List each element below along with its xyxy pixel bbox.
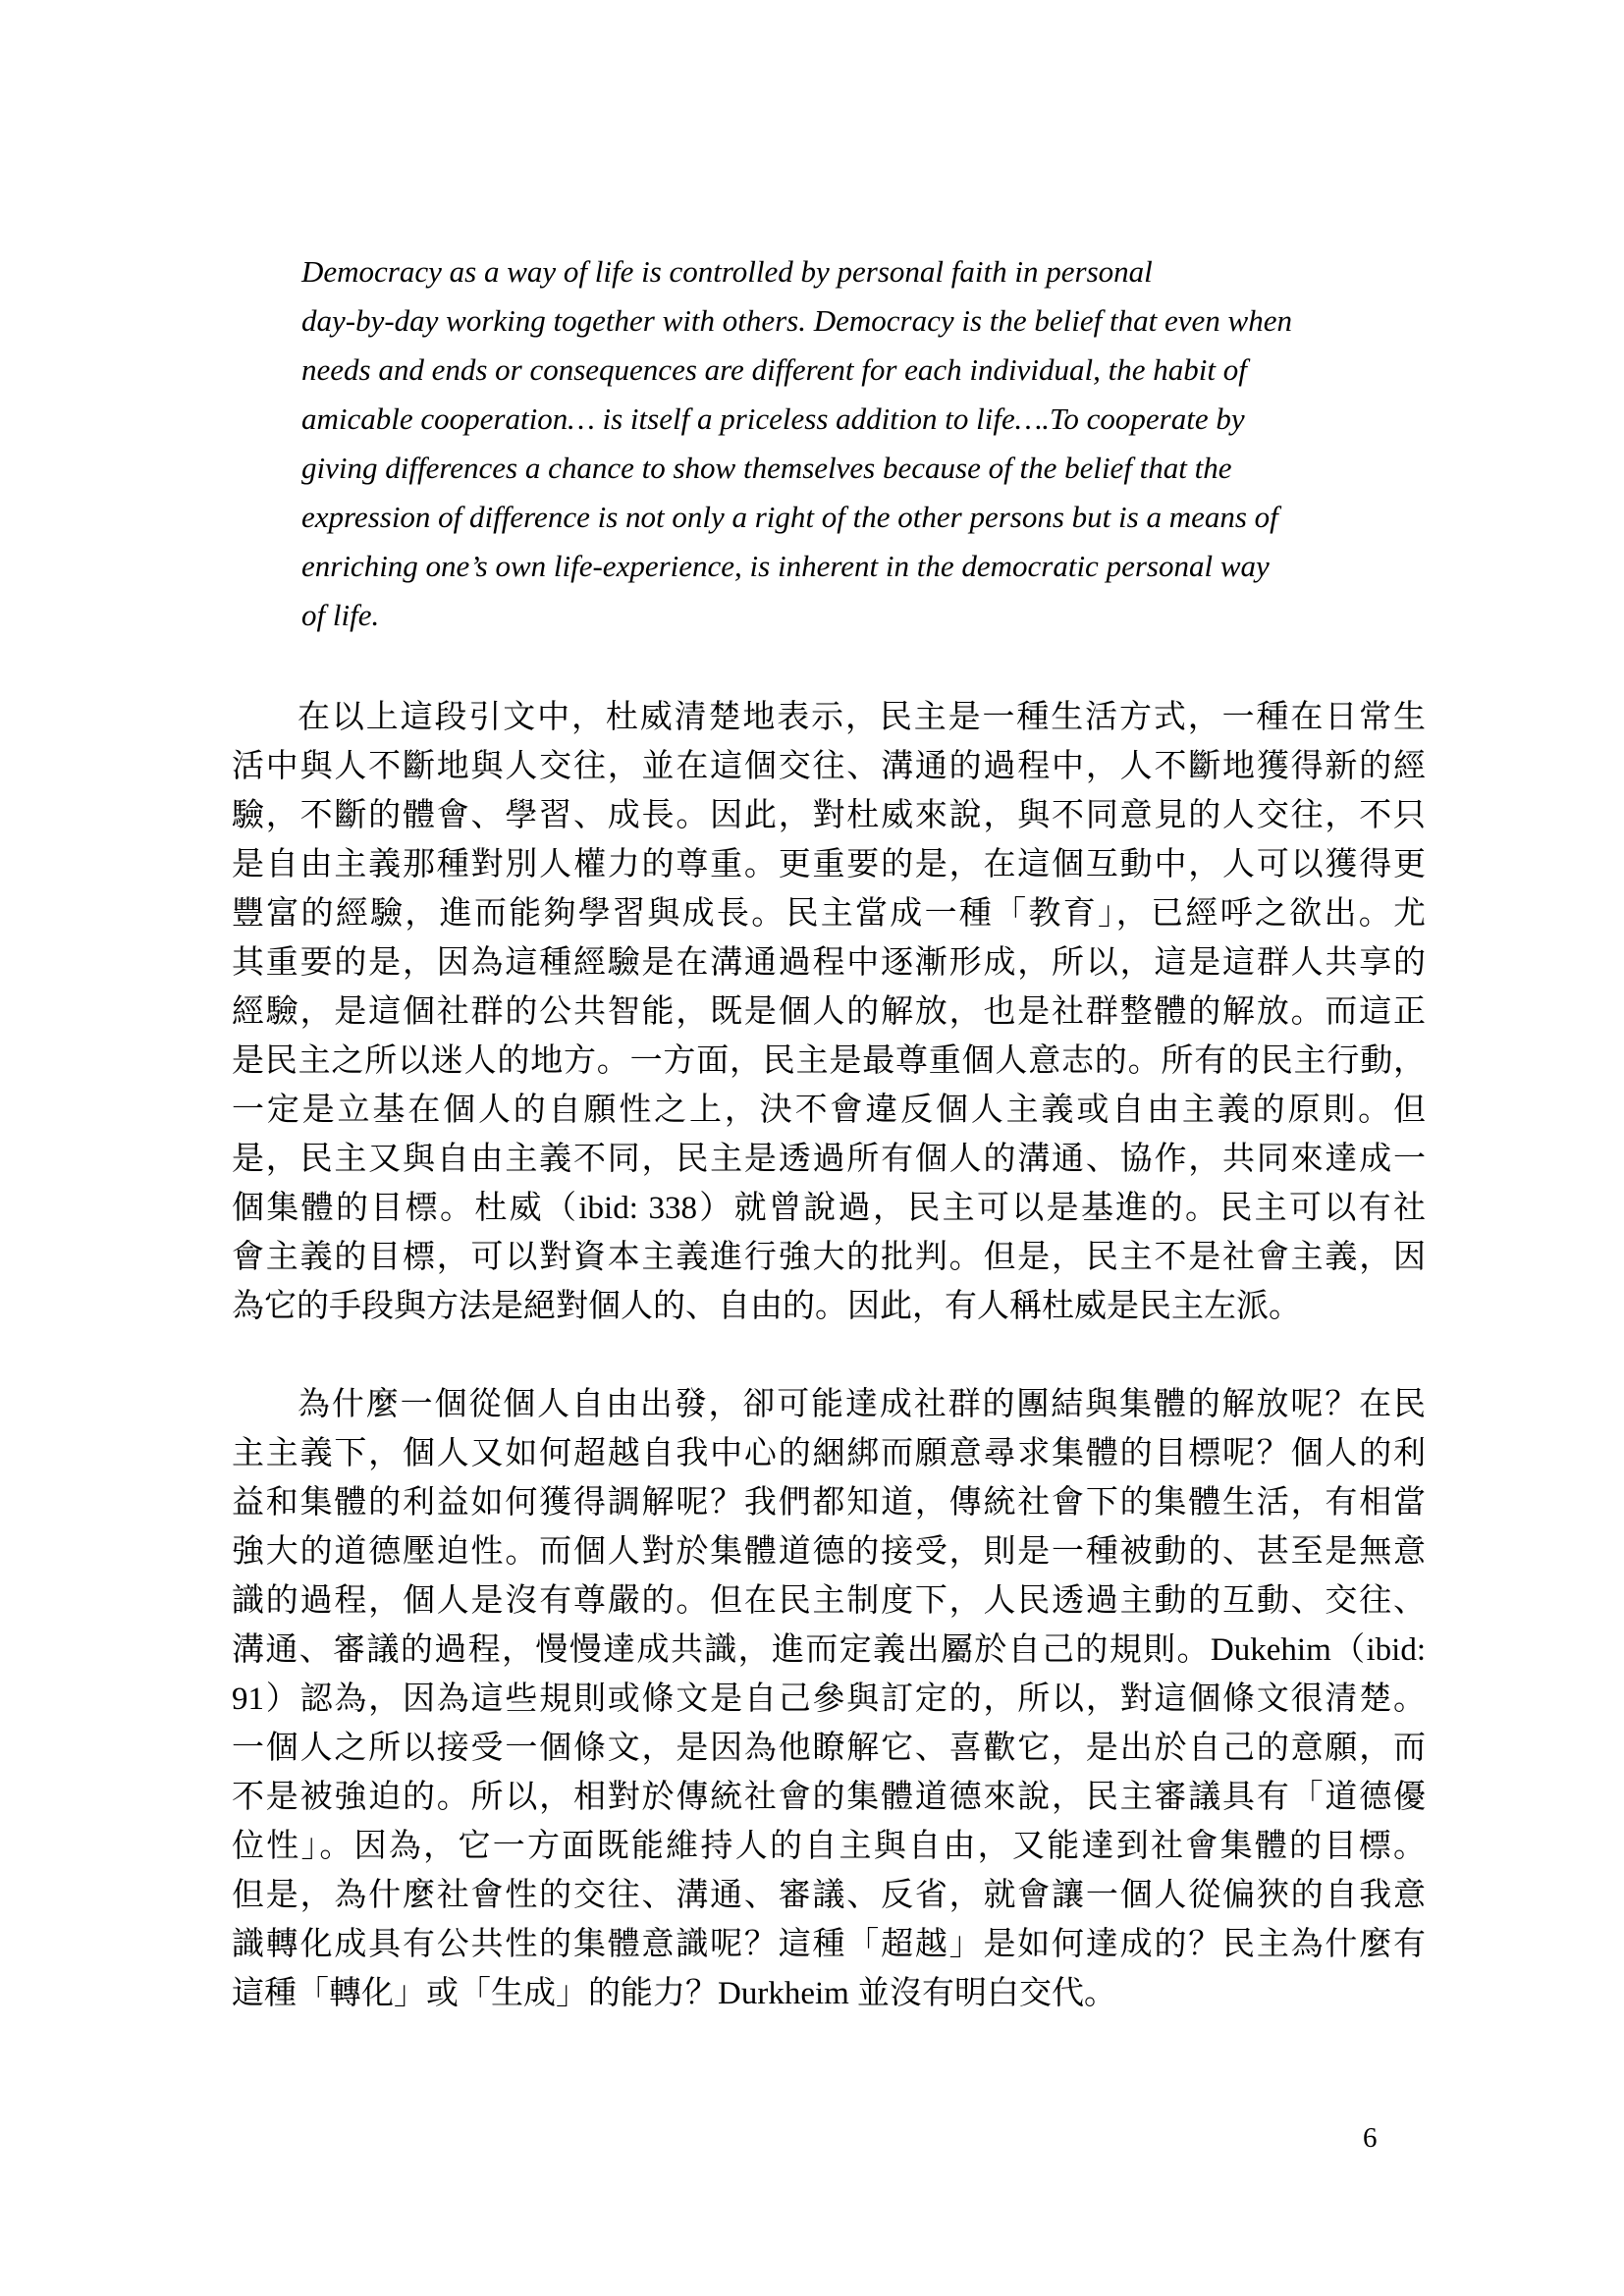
text-line: 是，民主又與自由主義不同，民主是透過所有個人的溝通、協作，共同來達成一 — [232, 1135, 1426, 1184]
text-line: 一個人之所以接受一個條文，是因為他瞭解它、喜歡它，是出於自己的意願，而 — [232, 1724, 1426, 1773]
text-line: 不是被強迫的。所以，相對於傳統社會的集體道德來說，民主審議具有「道德優 — [232, 1773, 1426, 1822]
text-line: 為它的手段與方法是絕對個人的、自由的。因此，有人稱杜威是民主左派。 — [232, 1282, 1426, 1331]
text-line: 識的過程，個人是沒有尊嚴的。但在民主制度下，人民透過主動的互動、交往、 — [232, 1576, 1426, 1626]
text-line: 這種「轉化」或「生成」的能力？Durkheim 並沒有明白交代。 — [232, 1969, 1426, 2018]
text-line: 是民主之所以迷人的地方。一方面，民主是最尊重個人意志的。所有的民主行動， — [232, 1037, 1426, 1086]
text-line: 豐富的經驗，進而能夠學習與成長。民主當成一種「教育」，已經呼之欲出。尤 — [232, 889, 1426, 938]
quote-line: amicable cooperation… is itself a pricel… — [301, 395, 1411, 444]
text-line: 會主義的目標，可以對資本主義進行強大的批判。但是，民主不是社會主義，因 — [232, 1233, 1426, 1282]
quote-line: expression of difference is not only a r… — [301, 493, 1411, 542]
page-number: 6 — [1363, 2120, 1378, 2156]
quote-line: day-by-day working together with others.… — [301, 296, 1411, 346]
text-line: 其重要的是，因為這種經驗是在溝通過程中逐漸形成，所以，這是這群人共享的 — [232, 938, 1426, 988]
quote-line: enriching one’s own life-experience, is … — [301, 542, 1411, 591]
text-line: 強大的道德壓迫性。而個人對於集體道德的接受，則是一種被動的、甚至是無意 — [232, 1527, 1426, 1576]
chinese-paragraph-2: 為什麼一個從個人自由出發，卻可能達成社群的團結與集體的解放呢？在民 主主義下，個… — [232, 1380, 1426, 2018]
document-page: Democracy as a way of life is controlled… — [0, 0, 1624, 2296]
text-line: 溝通、審議的過程，慢慢達成共識，進而定義出屬於自己的規則。Dukehim（ibi… — [232, 1626, 1426, 1675]
text-line: 識轉化成具有公共性的集體意識呢？這種「超越」是如何達成的？民主為什麼有 — [232, 1920, 1426, 1969]
text-line: 驗，不斷的體會、學習、成長。因此，對杜威來說，與不同意見的人交往，不只 — [232, 791, 1426, 840]
text-line: 為什麼一個從個人自由出發，卻可能達成社群的團結與集體的解放呢？在民 — [232, 1380, 1426, 1429]
quote-line: giving differences a chance to show them… — [301, 444, 1411, 493]
chinese-paragraph-1: 在以上這段引文中，杜威清楚地表示，民主是一種生活方式，一種在日常生 活中與人不斷… — [232, 693, 1426, 1331]
text-line: 活中與人不斷地與人交往，並在這個交往、溝通的過程中，人不斷地獲得新的經 — [232, 742, 1426, 791]
text-line: 經驗，是這個社群的公共智能，既是個人的解放，也是社群整體的解放。而這正 — [232, 988, 1426, 1037]
text-line: 主主義下，個人又如何超越自我中心的綑綁而願意尋求集體的目標呢？個人的利 — [232, 1429, 1426, 1478]
text-line: 位性」。因為，它一方面既能維持人的自主與自由，又能達到社會集體的目標。 — [232, 1822, 1426, 1871]
text-line: 但是，為什麼社會性的交往、溝通、審議、反省，就會讓一個人從偏狹的自我意 — [232, 1871, 1426, 1920]
quote-line: of life. — [301, 591, 1411, 640]
text-line: 91）認為，因為這些規則或條文是自己參與訂定的，所以，對這個條文很清楚。 — [232, 1675, 1426, 1724]
text-line: 個集體的目標。杜威（ibid: 338）就曾說過，民主可以是基進的。民主可以有社 — [232, 1184, 1426, 1233]
text-line: 一定是立基在個人的自願性之上，決不會違反個人主義或自由主義的原則。但 — [232, 1086, 1426, 1135]
english-block-quote: Democracy as a way of life is controlled… — [301, 247, 1411, 640]
text-line: 在以上這段引文中，杜威清楚地表示，民主是一種生活方式，一種在日常生 — [232, 693, 1426, 742]
quote-line: Democracy as a way of life is controlled… — [301, 247, 1411, 296]
quote-line: needs and ends or consequences are diffe… — [301, 346, 1411, 395]
text-line: 益和集體的利益如何獲得調解呢？我們都知道，傳統社會下的集體生活，有相當 — [232, 1478, 1426, 1527]
text-line: 是自由主義那種對別人權力的尊重。更重要的是，在這個互動中，人可以獲得更 — [232, 840, 1426, 889]
